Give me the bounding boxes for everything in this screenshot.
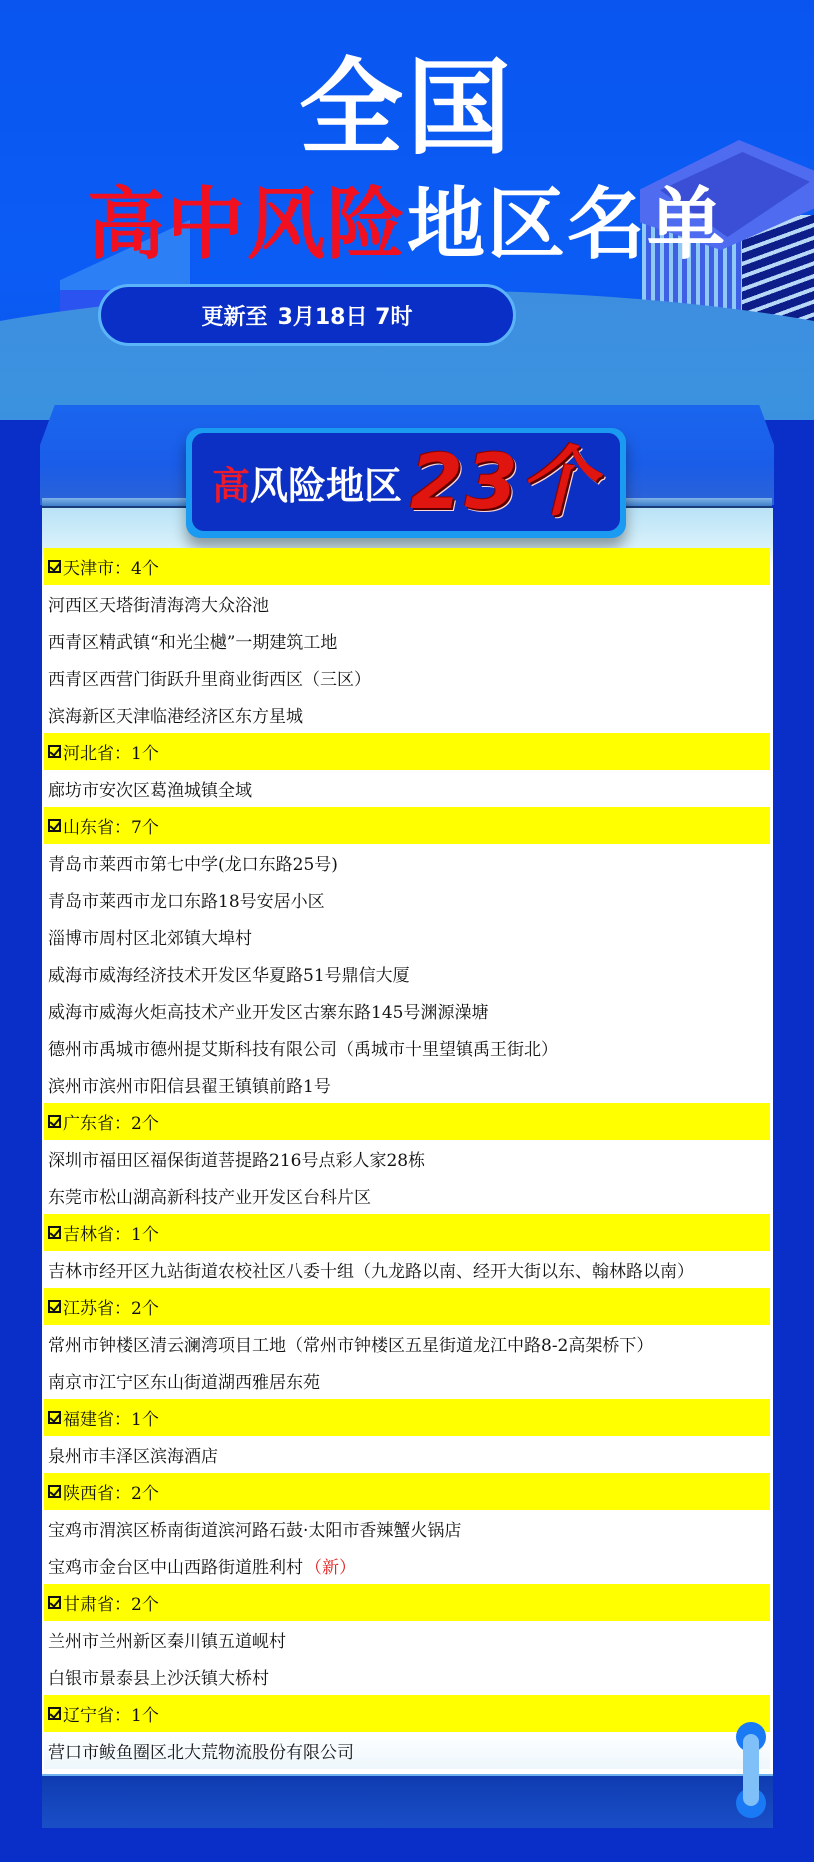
group-header-shandong: 山东省：7个 — [44, 807, 770, 844]
list-item: 青岛市莱西市第七中学(龙口东路25号) — [44, 844, 770, 881]
checkbox-icon — [48, 819, 61, 832]
list-item: 滨海新区天津临港经济区东方星城 — [44, 696, 770, 733]
scroll-handle-bar[interactable] — [743, 1734, 759, 1806]
list-item: 泉州市丰泽区滨海酒店 — [44, 1436, 770, 1473]
list-item: 青岛市莱西市龙口东路18号安居小区 — [44, 881, 770, 918]
checkbox-icon — [48, 1411, 61, 1424]
subtitle-white-part: 地区名单 — [407, 180, 727, 270]
panel-bottom-frame — [42, 1774, 773, 1828]
group-header-guangdong: 广东省：2个 — [44, 1103, 770, 1140]
list-item-label: 德州市禹城市德州提艾斯科技有限公司（禹城市十里望镇禹王街北） — [48, 1035, 558, 1060]
list-item-label: 宝鸡市金台区中山西路街道胜利村 — [48, 1553, 303, 1578]
subtitle-red-part: 高中风险 — [87, 180, 407, 270]
checkbox-icon — [48, 1596, 61, 1609]
group-header-liaoning: 辽宁省：1个 — [44, 1695, 770, 1732]
list-item-label: 白银市景泰县上沙沃镇大桥村 — [48, 1664, 269, 1689]
list-item: 淄博市周村区北郊镇大埠村 — [44, 918, 770, 955]
group-header-gansu: 甘肃省：2个 — [44, 1584, 770, 1621]
group-header-label: 山东省：7个 — [63, 813, 159, 838]
list-item-label: 东莞市松山湖高新科技产业开发区台科片区 — [48, 1183, 371, 1208]
badge-label-red: 高 — [212, 464, 250, 508]
update-prefix: 更新至 — [202, 300, 268, 331]
group-header-jilin: 吉林省：1个 — [44, 1214, 770, 1251]
high-risk-count-badge: 高风险地区 23个 — [186, 428, 626, 538]
list-item-label: 河西区天塔街清海湾大众浴池 — [48, 591, 269, 616]
list-item: 西青区西营门街跃升里商业街西区（三区） — [44, 659, 770, 696]
group-header-label: 河北省：1个 — [63, 739, 159, 764]
badge-label-white: 风险地区 — [250, 464, 402, 508]
list-item-label: 廊坊市安次区葛渔城镇全域 — [48, 776, 252, 801]
header-banner: 全国 高中风险地区名单 更新至 3月18日 7时 — [0, 0, 814, 420]
list-item-label: 青岛市莱西市龙口东路18号安居小区 — [48, 887, 325, 912]
list-item-label: 吉林市经开区九站街道农校社区八委十组（九龙路以南、经开大街以东、翰林路以南） — [48, 1257, 694, 1282]
list-item: 白银市景泰县上沙沃镇大桥村 — [44, 1658, 770, 1695]
list-item-label: 威海市威海经济技术开发区华夏路51号鼎信大厦 — [48, 961, 410, 986]
checkbox-icon — [48, 1707, 61, 1720]
group-header-fujian: 福建省：1个 — [44, 1399, 770, 1436]
group-header-jiangsu: 江苏省：2个 — [44, 1288, 770, 1325]
count-badge-inner: 高风险地区 23个 — [192, 433, 620, 531]
list-item: 宝鸡市金台区中山西路街道胜利村（新） — [44, 1547, 770, 1584]
group-header-label: 陕西省：2个 — [63, 1479, 159, 1504]
list-item-label: 青岛市莱西市第七中学(龙口东路25号) — [48, 850, 338, 875]
scroll-handle[interactable] — [736, 1722, 766, 1818]
list-item-label: 深圳市福田区福保街道菩提路216号点彩人家28栋 — [48, 1146, 425, 1171]
list-item: 廊坊市安次区葛渔城镇全域 — [44, 770, 770, 807]
new-tag: （新） — [305, 1553, 356, 1578]
group-header-label: 广东省：2个 — [63, 1109, 159, 1134]
page-title: 全国 — [0, 48, 814, 168]
group-header-shaanxi: 陕西省：2个 — [44, 1473, 770, 1510]
list-item: 河西区天塔街清海湾大众浴池 — [44, 585, 770, 622]
badge-count: 23个 — [410, 437, 598, 527]
list-item: 威海市威海火炬高技术产业开发区古寨东路145号渊源澡塘 — [44, 992, 770, 1029]
list-item-label: 南京市江宁区东山街道湖西雅居东苑 — [48, 1368, 320, 1393]
checkbox-icon — [48, 1115, 61, 1128]
list-item: 南京市江宁区东山街道湖西雅居东苑 — [44, 1362, 770, 1399]
group-header-label: 福建省：1个 — [63, 1405, 159, 1430]
list-item: 东莞市松山湖高新科技产业开发区台科片区 — [44, 1177, 770, 1214]
list-item-label: 滨州市滨州市阳信县翟王镇镇前路1号 — [48, 1072, 331, 1097]
risk-area-list: 天津市：4个 河西区天塔街清海湾大众浴池 西青区精武镇“和光尘樾”一期建筑工地 … — [44, 548, 770, 1769]
checkbox-icon — [48, 1226, 61, 1239]
checkbox-icon — [48, 1485, 61, 1498]
list-item-label: 西青区西营门街跃升里商业街西区（三区） — [48, 665, 371, 690]
list-item: 西青区精武镇“和光尘樾”一期建筑工地 — [44, 622, 770, 659]
page-subtitle: 高中风险地区名单 — [0, 180, 814, 270]
badge-label: 高风险地区 — [212, 455, 402, 510]
list-item: 滨州市滨州市阳信县翟王镇镇前路1号 — [44, 1066, 770, 1103]
checkbox-icon — [48, 560, 61, 573]
list-item: 德州市禹城市德州提艾斯科技有限公司（禹城市十里望镇禹王街北） — [44, 1029, 770, 1066]
list-item: 吉林市经开区九站街道农校社区八委十组（九龙路以南、经开大街以东、翰林路以南） — [44, 1251, 770, 1288]
update-time-badge: 更新至 3月18日 7时 — [98, 284, 516, 346]
list-item-label: 兰州市兰州新区秦川镇五道岘村 — [48, 1627, 286, 1652]
list-item-label: 宝鸡市渭滨区桥南街道滨河路石鼓·太阳市香辣蟹火锅店 — [48, 1516, 461, 1541]
list-item-label: 滨海新区天津临港经济区东方星城 — [48, 702, 303, 727]
list-item-label: 泉州市丰泽区滨海酒店 — [48, 1442, 218, 1467]
checkbox-icon — [48, 745, 61, 758]
list-item-label: 威海市威海火炬高技术产业开发区古寨东路145号渊源澡塘 — [48, 998, 488, 1023]
group-header-tianjin: 天津市：4个 — [44, 548, 770, 585]
list-item-label: 营口市鲅鱼圈区北大荒物流股份有限公司 — [48, 1738, 354, 1763]
list-item: 常州市钟楼区清云澜湾项目工地（常州市钟楼区五星街道龙江中路8-2高架桥下） — [44, 1325, 770, 1362]
group-header-label: 甘肃省：2个 — [63, 1590, 159, 1615]
list-item: 兰州市兰州新区秦川镇五道岘村 — [44, 1621, 770, 1658]
group-header-label: 天津市：4个 — [63, 554, 159, 579]
list-item: 营口市鲅鱼圈区北大荒物流股份有限公司 — [44, 1732, 770, 1769]
list-item-label: 淄博市周村区北郊镇大埠村 — [48, 924, 252, 949]
group-header-label: 辽宁省：1个 — [63, 1701, 159, 1726]
group-header-label: 江苏省：2个 — [63, 1294, 159, 1319]
list-item: 深圳市福田区福保街道菩提路216号点彩人家28栋 — [44, 1140, 770, 1177]
list-item: 威海市威海经济技术开发区华夏路51号鼎信大厦 — [44, 955, 770, 992]
list-item-label: 常州市钟楼区清云澜湾项目工地（常州市钟楼区五星街道龙江中路8-2高架桥下） — [48, 1331, 653, 1356]
checkbox-icon — [48, 1300, 61, 1313]
update-date: 3月18日 7时 — [278, 300, 413, 331]
group-header-label: 吉林省：1个 — [63, 1220, 159, 1245]
list-item-label: 西青区精武镇“和光尘樾”一期建筑工地 — [48, 628, 337, 653]
list-item: 宝鸡市渭滨区桥南街道滨河路石鼓·太阳市香辣蟹火锅店 — [44, 1510, 770, 1547]
group-header-hebei: 河北省：1个 — [44, 733, 770, 770]
